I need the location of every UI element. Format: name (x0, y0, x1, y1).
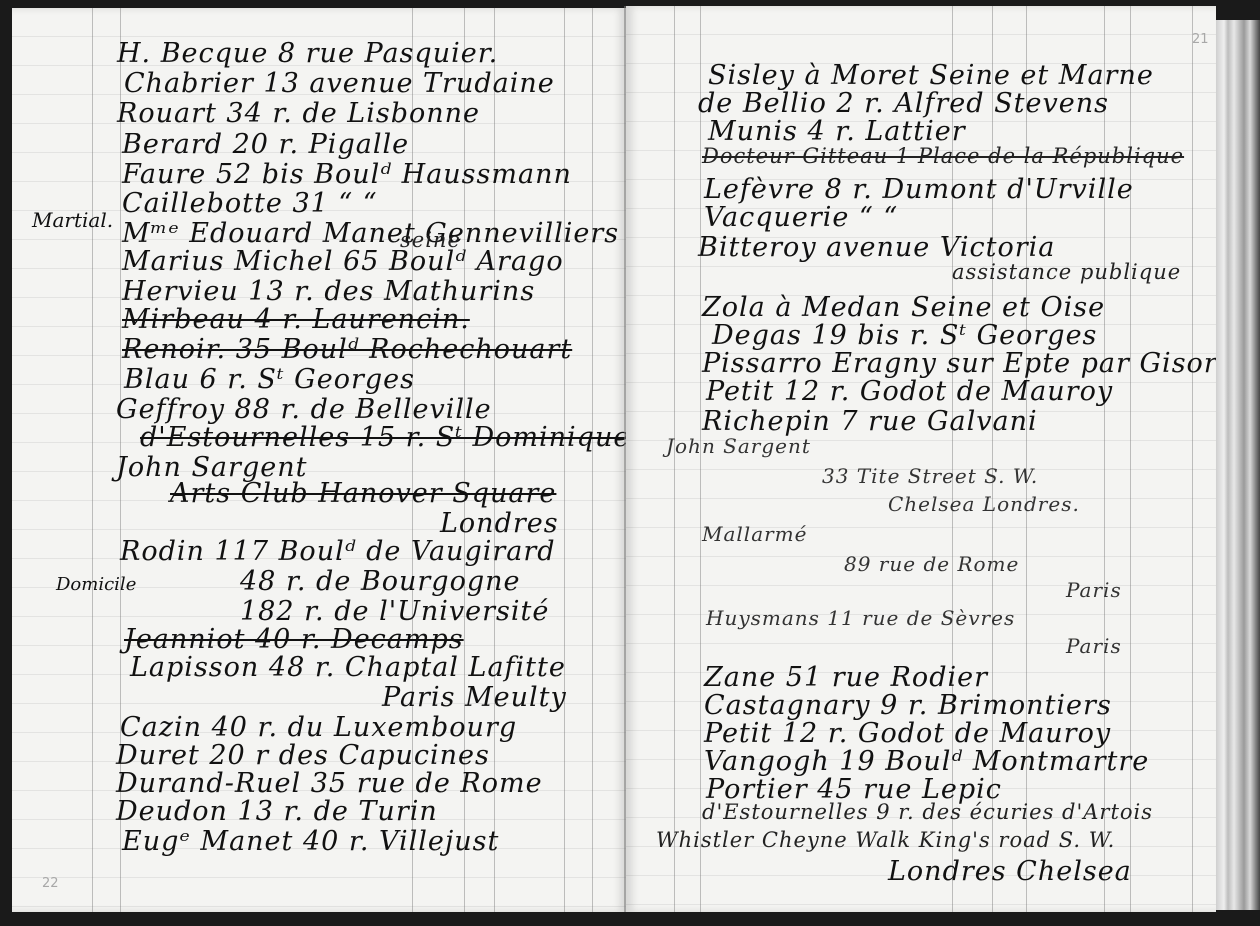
address-entry: Rouart 34 r. de Lisbonne (117, 98, 480, 129)
address-entry: Richepin 7 rue Galvani (702, 406, 1038, 437)
address-entry: Pissarro Eragny sur Epte par Gisors (702, 348, 1216, 379)
address-entry: Petit 12 r. Godot de Mauroy (704, 718, 1111, 749)
address-entry: Mallarmé (702, 522, 807, 546)
page-number: 21 (1192, 32, 1209, 47)
struck-address-entry: d'Estournelles 15 r. Sᵗ Dominique (140, 422, 626, 453)
address-entry: Lefèvre 8 r. Dumont d'Urville (704, 174, 1134, 205)
address-entry: John Sargent (666, 434, 811, 458)
address-entry: 48 r. de Bourgogne (240, 566, 520, 597)
address-entry: Londres Chelsea (888, 856, 1132, 887)
address-book-spread: Martial. Domicile H. Becque 8 rue Pasqui… (0, 0, 1260, 926)
address-entry: Durand-Ruel 35 rue de Rome (116, 768, 543, 799)
address-entry: Duret 20 r des Capucines (116, 740, 490, 771)
address-entry: assistance publique (952, 260, 1181, 284)
address-entry: de Bellio 2 r. Alfred Stevens (698, 88, 1109, 119)
address-entry: Zola à Medan Seine et Oise (702, 292, 1105, 323)
address-entry: Geffroy 88 r. de Belleville (116, 394, 492, 425)
address-entry: Mᵐᵉ Edouard Manet Gennevilliers (122, 218, 619, 249)
address-entry: Paris Meulty (382, 682, 567, 713)
address-entry: Petit 12 r. Godot de Mauroy (706, 376, 1113, 407)
address-entry: Munis 4 r. Lattier (708, 116, 966, 147)
address-entry: Blau 6 r. Sᵗ Georges (124, 364, 415, 395)
left-page: Martial. Domicile H. Becque 8 rue Pasqui… (12, 8, 626, 912)
address-entry: Vacquerie “ “ (704, 202, 898, 233)
struck-address-entry: Renoir. 35 Boulᵈ Rochechouart (122, 334, 572, 365)
address-entry: Eugᵉ Manet 40 r. Villejust (122, 826, 499, 857)
address-entry: Hervieu 13 r. des Mathurins (122, 276, 535, 307)
address-entry: 89 rue de Rome (844, 552, 1019, 576)
address-entry: seine (400, 228, 461, 252)
struck-address-entry: Arts Club Hanover Square (170, 478, 556, 509)
struck-address-entry: Docteur Gitteau 1 Place de la République (702, 144, 1184, 168)
page-number: 22 (42, 876, 59, 891)
address-entry: 182 r. de l'Université (240, 596, 549, 627)
struck-address-entry: Jeanniot 40 r. Decamps (124, 624, 464, 655)
address-entry: Paris (1066, 578, 1122, 602)
struck-address-entry: Mirbeau 4 r. Laurencin. (122, 304, 470, 335)
address-entry: Whistler Cheyne Walk King's road S. W. (656, 828, 1115, 852)
address-entry: Vangogh 19 Boulᵈ Montmartre (704, 746, 1149, 777)
page-stack-edge (1216, 20, 1260, 910)
address-entry: Rodin 117 Boulᵈ de Vaugirard (120, 536, 556, 567)
address-entry: Chelsea Londres. (888, 492, 1080, 516)
address-entry: d'Estournelles 9 r. des écuries d'Artois (702, 800, 1153, 824)
address-entry: Lapisson 48 r. Chaptal Lafitte (130, 652, 566, 683)
address-entry: Londres (440, 508, 559, 539)
address-entry: H. Becque 8 rue Pasquier. (117, 38, 498, 69)
address-entry: Castagnary 9 r. Brimontiers (704, 690, 1112, 721)
address-entry: 33 Tite Street S. W. (822, 464, 1038, 488)
address-entry: Deudon 13 r. de Turin (116, 796, 438, 827)
right-entries: Sisley à Moret Seine et Marnede Bellio 2… (626, 6, 1216, 912)
address-entry: Degas 19 bis r. Sᵗ Georges (712, 320, 1097, 351)
address-entry: Sisley à Moret Seine et Marne (708, 60, 1154, 91)
address-entry: Chabrier 13 avenue Trudaine (124, 68, 555, 99)
address-entry: Berard 20 r. Pigalle (122, 129, 409, 160)
address-entry: Marius Michel 65 Boulᵈ Arago (122, 246, 564, 277)
address-entry: Zane 51 rue Rodier (704, 662, 988, 693)
address-entry: Huysmans 11 rue de Sèvres (706, 606, 1015, 630)
left-entries: H. Becque 8 rue Pasquier.Chabrier 13 ave… (12, 8, 626, 912)
address-entry: Bitteroy avenue Victoria (698, 232, 1055, 263)
address-entry: Paris (1066, 634, 1122, 658)
address-entry: Caillebotte 31 “ “ (122, 188, 378, 219)
right-page: Sisley à Moret Seine et Marnede Bellio 2… (626, 6, 1216, 912)
address-entry: Cazin 40 r. du Luxembourg (120, 712, 517, 743)
address-entry: Faure 52 bis Boulᵈ Haussmann (122, 159, 572, 190)
